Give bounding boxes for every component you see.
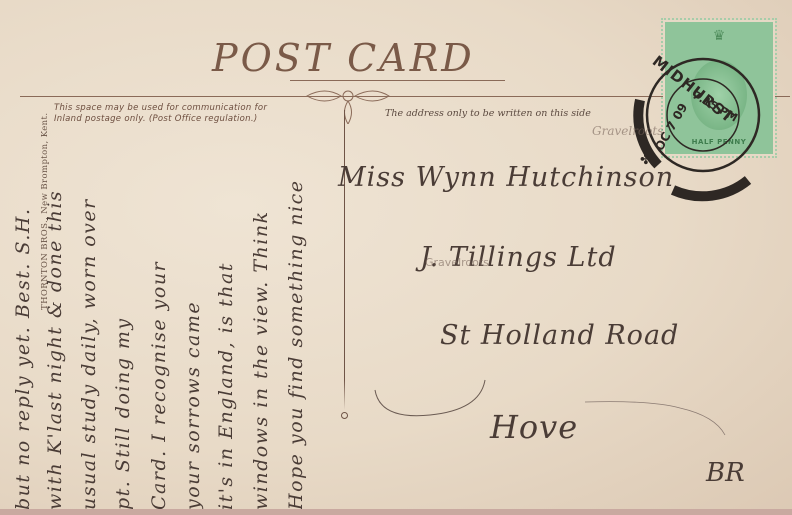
message-line: but no reply yet. Best. S.H.: [12, 208, 34, 510]
postcard: POST CARD This space may be used for com…: [0, 0, 792, 515]
message-line: windows in the view. Think: [250, 210, 272, 510]
title-underline: [290, 80, 505, 81]
address-side-notice: The address only to be written on this s…: [385, 108, 591, 119]
address-street: St Holland Road: [440, 320, 679, 351]
notice-line: Inland postage only. (Post Office regula…: [54, 114, 314, 125]
message-line: Hope you find something nice: [285, 180, 307, 511]
message-side-notice: This space may be used for communication…: [54, 103, 314, 125]
divider-terminal: [341, 412, 348, 419]
watermark: Gravelroots: [425, 256, 489, 269]
message-line: with K'last night & done this: [44, 190, 66, 510]
message-line: Card. I recognise your: [148, 261, 170, 510]
postcard-title: POST CARD: [212, 36, 475, 80]
notice-line: This space may be used for communication…: [54, 103, 314, 114]
message-line: usual study daily, worn over: [78, 198, 100, 510]
vertical-divider: [344, 110, 345, 410]
sender-initials: BR: [706, 458, 745, 488]
watermark: Gravelroots: [592, 124, 663, 138]
message-line: pt. Still doing my: [112, 317, 134, 510]
address-recipient: Miss Wynn Hutchinson: [338, 162, 674, 193]
message-line: it's in England, is that: [215, 262, 237, 510]
message-line: your sorrows came: [182, 301, 204, 510]
